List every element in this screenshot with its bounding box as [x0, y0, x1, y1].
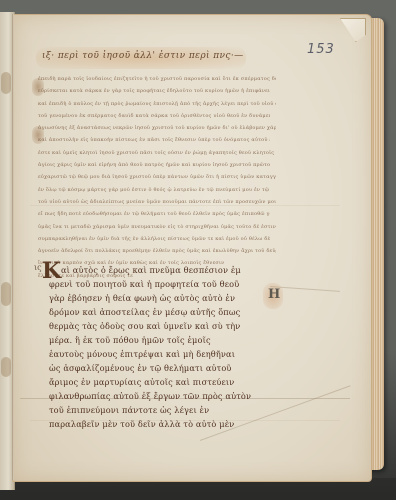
scholia-line: τοῦ υἱοῦ αὐτοῦ ὡς ἀδιαλείπτως μνείαν ὑμῶ… [38, 199, 276, 205]
stain-mark [1, 72, 11, 94]
scholia-line: εὐχαριστῶ τῷ θεῷ μου διὰ ἰησοῦ χριστοῦ ὑ… [38, 174, 276, 180]
scholia-line: ὑμᾶς ἵνα τι μεταδῶ χάρισμα ὑμῖν πνευματι… [38, 224, 276, 230]
scholia-line: ἀγνοεῖν ἀδελφοί ὅτι πολλάκις προεθέμην ἐ… [38, 248, 276, 254]
heading-marker: ιξ· [42, 51, 55, 61]
scholia-line: ἁγιωσύνης ἐξ ἀναστάσεως νεκρῶν ἰησοῦ χρι… [38, 125, 276, 131]
scholia-line: ἐν ὅλῳ τῷ κόσμῳ μάρτυς γάρ μού ἐστιν ὁ θ… [38, 187, 270, 193]
stain-mark [1, 282, 11, 306]
text-line: γὰρ ἐβόησεν ἡ θεία φωνὴ ὡς αὐτὸς αὐτὸ ἐν [49, 291, 261, 305]
stain-mark [1, 357, 11, 377]
text-line: ὡς ἀσφαλίζομένους ἐν τῷ θελήματι αὐτοῦ [49, 361, 261, 375]
text-line: μέρα. ἢ ἐκ τοῦ πόθου ἡμῶν τοῖς ἐμοῖς [49, 333, 261, 347]
scholia-line: τοῦ γενομένου ἐκ σπέρματος δαυὶδ κατὰ σά… [38, 113, 270, 119]
text-line: αὶ αὐτὸς ὁ ἔρως καὶ πνεῦμα θεσπέσιον ἐμ [49, 263, 261, 277]
scholia-block: ἐπειδὴ παρὰ τοῖς ἰουδαίοις ἐπιζητεῖτο ἡ … [38, 76, 278, 285]
eta-marginal-mark: Η [268, 287, 280, 302]
text-line: θερμὰς τὰς ὁδοὺς σου καὶ ὑμνεῖν καὶ σὺ τ… [49, 319, 261, 333]
scholia-line: ἐστε καὶ ὑμεῖς κλητοὶ ἰησοῦ χριστοῦ πᾶσι… [38, 150, 276, 156]
scholia-line: ἁγίοις χάρις ὑμῖν καὶ εἰρήνη ἀπὸ θεοῦ πα… [38, 162, 270, 168]
text-line: φρενὶ τοῦ ποιητοῦ καὶ ἡ προφητεία τοῦ θε… [49, 277, 261, 291]
text-line: τοῦ ἐπιπνεύμονι πάντοτε ὡς λέγει ἐν [49, 403, 261, 417]
scholia-line: καὶ ἐπειδὴ ὁ παῦλος ἐν τῇ πρὸς ῥωμαίους … [38, 101, 276, 107]
main-text-block: αὶ αὐτὸς ὁ ἔρως καὶ πνεῦμα θεσπέσιον ἐμ … [49, 263, 261, 431]
scholia-line: καὶ ἀποστολὴν εἰς ὑπακοὴν πίστεως ἐν πᾶσ… [38, 137, 270, 143]
text-line: ἄριμος ἐν μαρτυρίαις αὐτοῖς καὶ πιστεύει… [49, 375, 261, 389]
scholia-line: εὑρίσκεται κατὰ σάρκα ἐν γὰρ τοῖς προφήτ… [38, 88, 270, 94]
text-line: δρόμον καὶ ἀποστείλας ἐν μέσῳ αὐτῆς ὅπως [49, 305, 261, 319]
gutter-line [12, 14, 14, 480]
scholia-line: ἐπειδὴ παρὰ τοῖς ἰουδαίοις ἐπιζητεῖτο ἡ … [38, 76, 276, 82]
heading-text: ιξ· περὶ τοῦ ἰησοῦ ἀλλ' ἐστιν περὶ πνς·— [42, 51, 244, 61]
scholia-line: εἴ πως ἤδη ποτὲ εὐοδωθήσομαι ἐν τῷ θελήμ… [38, 211, 270, 217]
text-line: φιλανθρωπίας αὐτοῦ ἐξ ἔργων τῶν πρὸς αὐτ… [49, 389, 261, 403]
text-line: ἑαυτοὺς μόνους ἐπιτρέψαι καὶ μὴ δεηθῆναι [49, 347, 261, 361]
folio-number: 153 [307, 42, 335, 57]
heading-title: περὶ τοῦ ἰησοῦ ἀλλ' ἐστιν περὶ πνς·— [58, 51, 244, 61]
text-line: παραλαβεῖν μὲν τοῦ δεῖν ἀλλὰ τὸ αὐτὸ μὲν [49, 417, 261, 431]
scholia-line: συμπαρακληθῆναι ἐν ὑμῖν διὰ τῆς ἐν ἀλλήλ… [38, 236, 270, 242]
section-marker: ις [34, 263, 42, 272]
